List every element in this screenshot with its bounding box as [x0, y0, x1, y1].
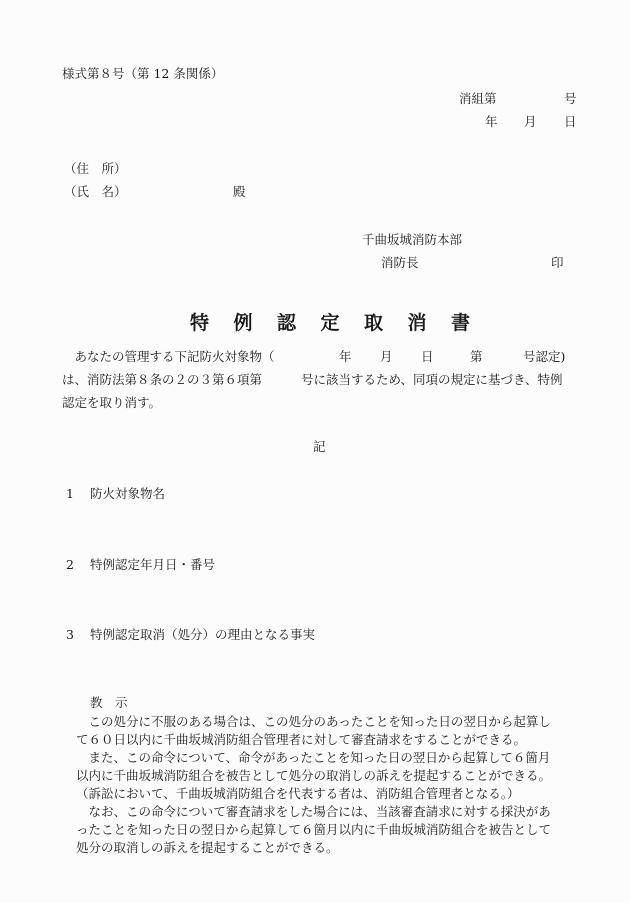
document-title: 特例認定取消書	[190, 314, 495, 333]
title-char: 認	[277, 314, 321, 333]
document-number-prefix: 消組第	[459, 93, 497, 106]
title-char: 例	[234, 314, 278, 333]
item-1-number: 1	[66, 488, 74, 501]
notice-heading: 教 示	[90, 697, 128, 710]
notice-line: なお、この命令について審査請求をした場合には、当該審査請求に対する採決があ	[76, 806, 551, 819]
form-number-label: 様式第８号（第 12 条関係）	[62, 68, 223, 81]
body-line-1-month: 月	[380, 351, 393, 364]
body-line-2-end: 号に該当するため、同項の規定に基づき、特例	[301, 374, 563, 387]
item-2-label: 特例認定年月日・番号	[90, 559, 215, 572]
body-line-2-start: は、消防法第８条の２の３第６項第	[62, 374, 262, 387]
notice-line: （訴訟において、千曲坂城消防組合を代表する者は、消防組合管理者となる。）	[76, 788, 520, 801]
notice-line: ったことを知った日の翌日から起算して６箇月以内に千曲坂城消防組合を被告として	[76, 824, 551, 837]
body-line-1-year: 年	[339, 351, 352, 364]
title-char: 定	[321, 314, 365, 333]
notice-line: この処分に不服のある場合は、この処分のあったことを知った日の翌日から起算し	[76, 716, 551, 729]
honorific-label: 殿	[233, 186, 246, 199]
item-1-label: 防火対象物名	[90, 488, 165, 501]
document-number-suffix: 号	[564, 93, 577, 106]
ki-label: 記	[313, 441, 326, 454]
name-label: （氏 名）	[64, 186, 127, 199]
body-line-3: 認定を取り消す。	[62, 397, 161, 410]
body-line-1-end: 号認定)	[523, 351, 565, 364]
title-char: 書	[451, 314, 495, 333]
date-year-label: 年	[485, 116, 498, 129]
notice-line: て６０日以内に千曲坂城消防組合管理者に対して審査請求をすることができる。	[76, 734, 526, 747]
title-char: 取	[364, 314, 408, 333]
title-char: 特	[190, 314, 234, 333]
item-3-number: 3	[66, 629, 74, 642]
date-day-label: 日	[564, 116, 577, 129]
title-char: 消	[408, 314, 452, 333]
address-label: （住 所）	[64, 163, 127, 176]
issuer-organization: 千曲坂城消防本部	[362, 234, 462, 247]
seal-mark: 印	[551, 257, 564, 270]
notice-line: また、この命令について、命令があったことを知った日の翌日から起算して６箇月	[76, 752, 550, 765]
body-line-1-start: あなたの管理する下記防火対象物（	[62, 351, 275, 364]
issuer-title: 消防長	[381, 257, 419, 270]
body-line-1-number: 第	[470, 351, 483, 364]
date-month-label: 月	[524, 116, 537, 129]
notice-line: 以内に千曲坂城消防組合を被告として処分の取消しの訴えを提起することができる。	[76, 770, 551, 783]
body-line-1-day: 日	[421, 351, 434, 364]
item-3-label: 特例認定取消（処分）の理由となる事実	[90, 629, 315, 642]
notice-line: 処分の取消しの訴えを提起することができる。	[76, 842, 339, 855]
item-2-number: 2	[66, 559, 74, 572]
